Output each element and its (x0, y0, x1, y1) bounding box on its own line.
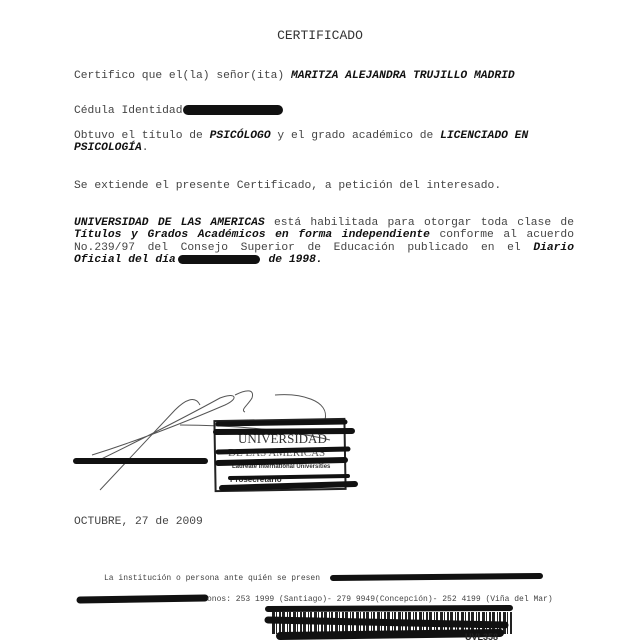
signature-stamp-graphic: UNIVERSIDAD DE LAS AMERICAS Laureate Int… (0, 0, 640, 640)
footer-line-1: La institución o persona ante quién se p… (104, 574, 320, 583)
footer-line-2: onos: 253 1999 (Santiago)- 279 9949(Conc… (207, 595, 553, 604)
issue-date: OCTUBRE, 27 de 2009 (74, 516, 574, 528)
barcode-icon: UVL358 (268, 608, 515, 640)
svg-text:UVL358: UVL358 (465, 632, 498, 640)
